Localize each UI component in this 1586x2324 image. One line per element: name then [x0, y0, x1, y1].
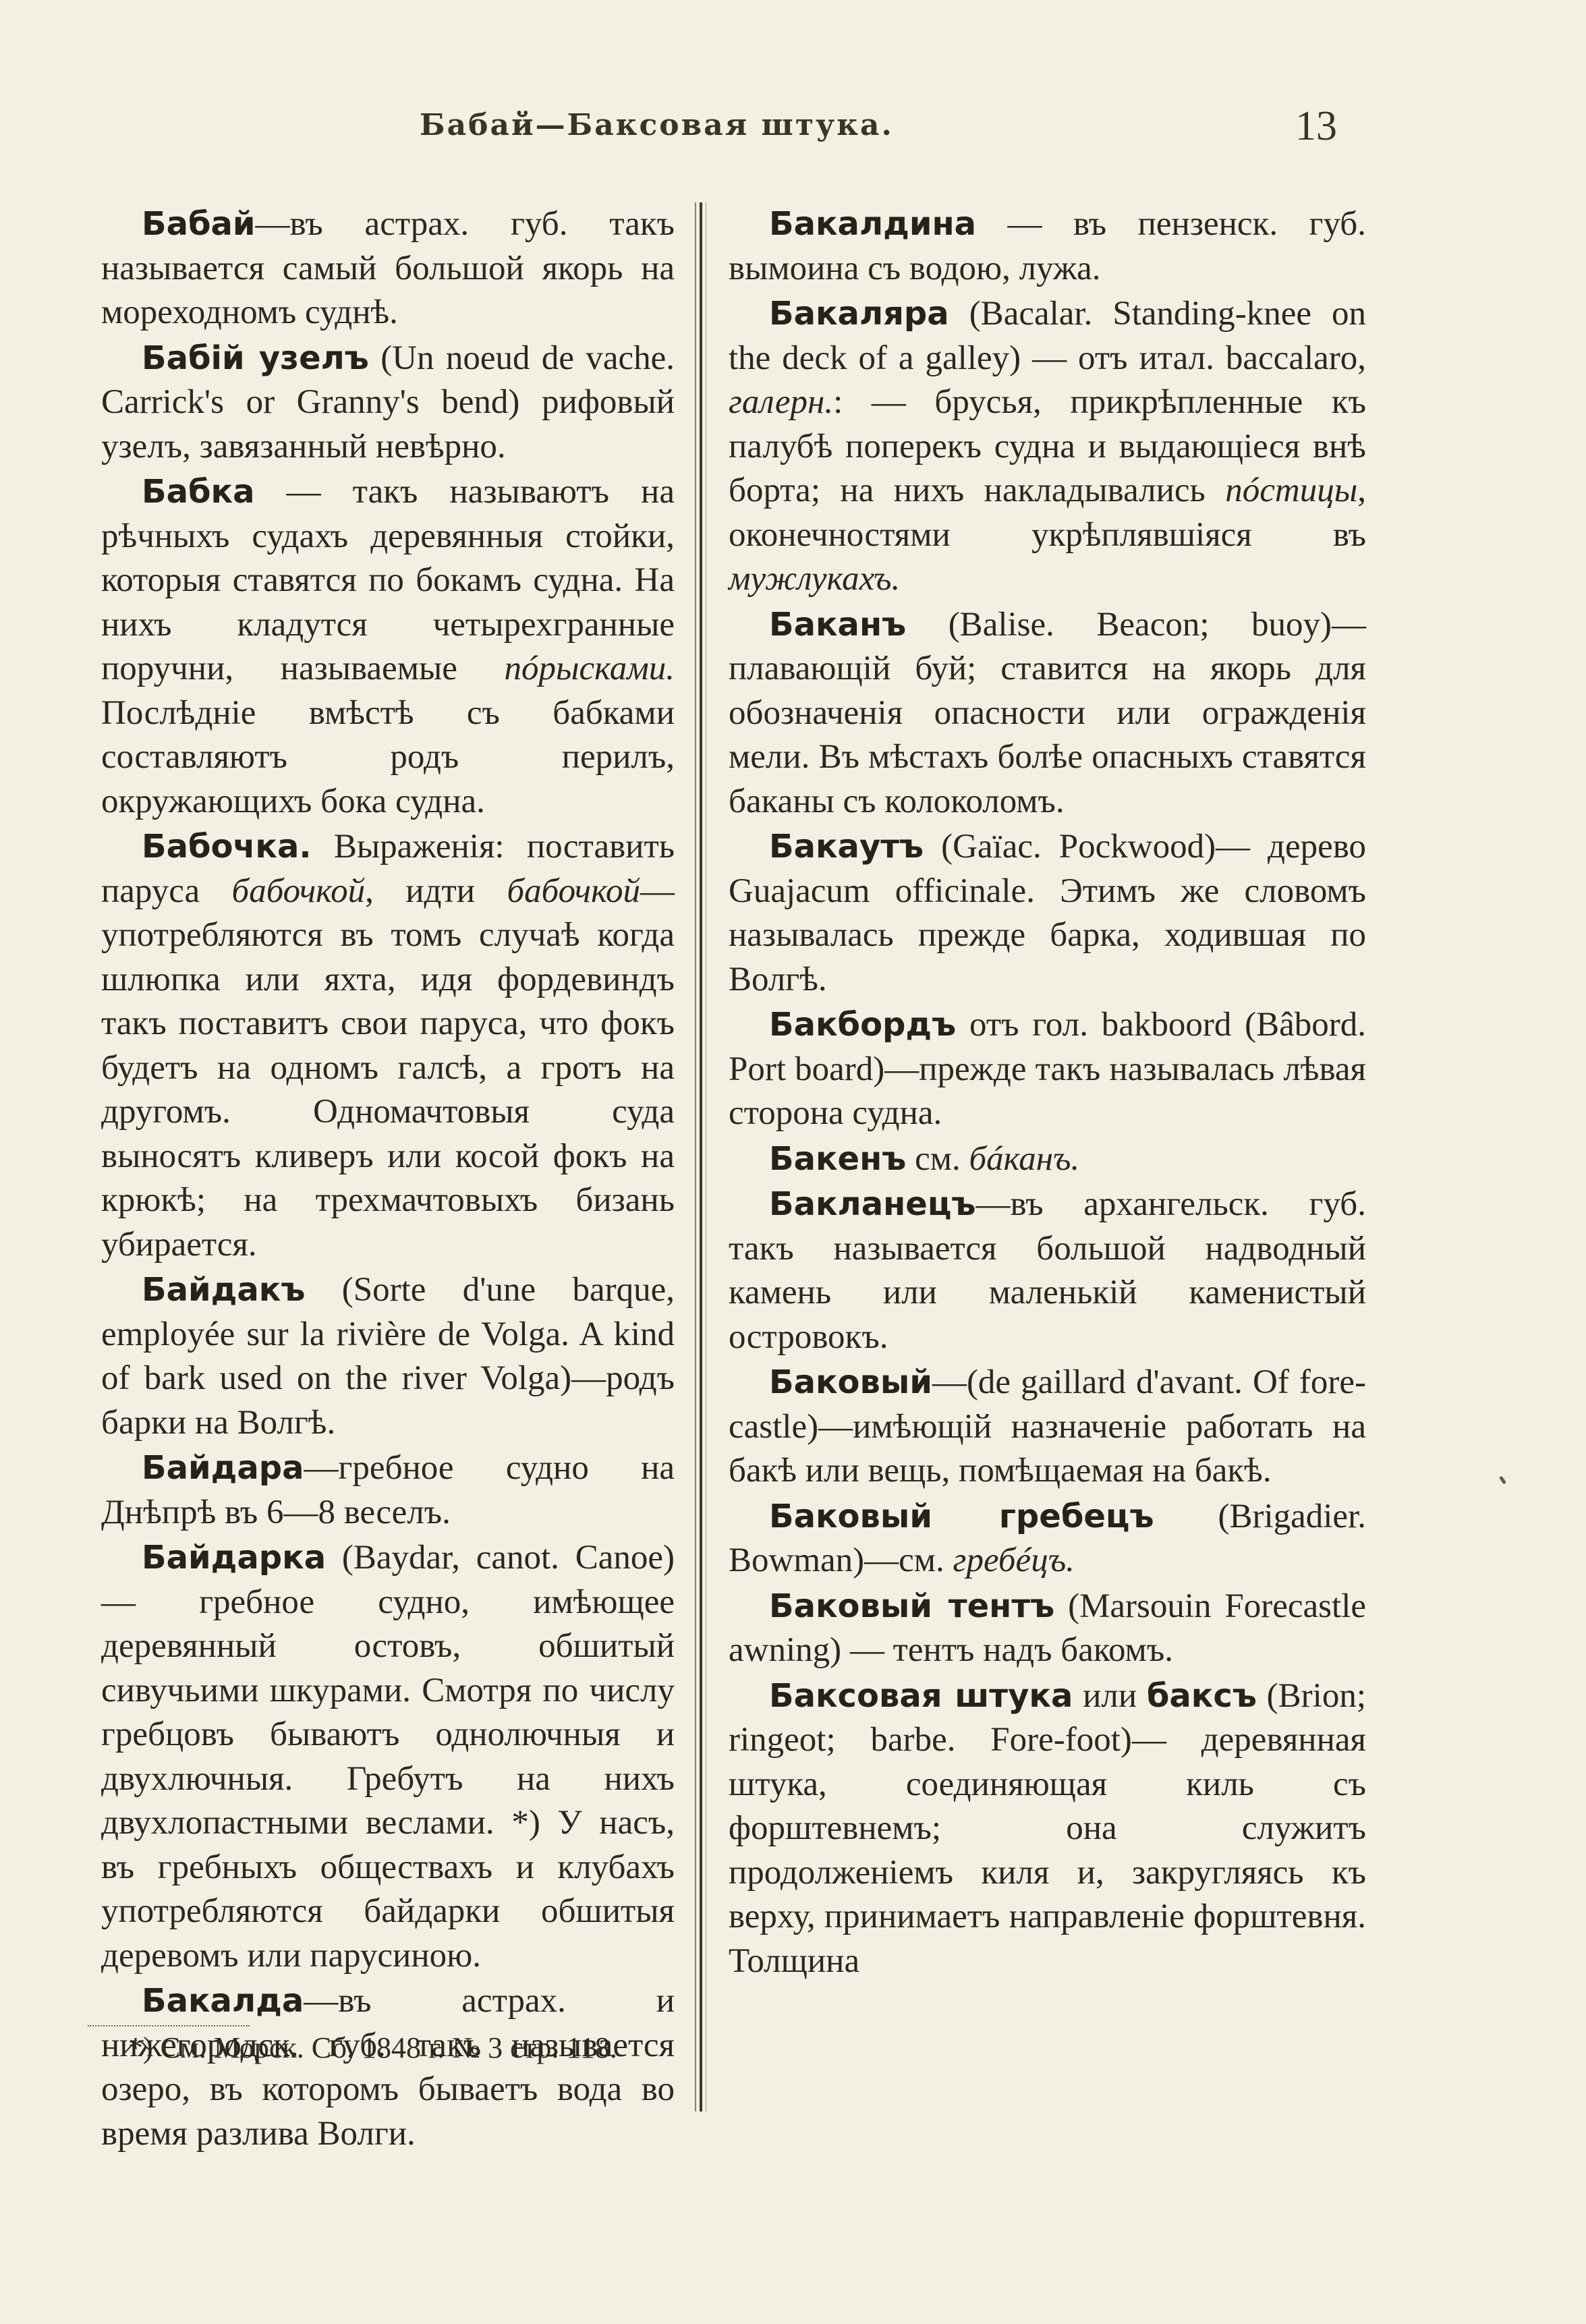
- entry-definition-cont: , идти: [365, 872, 507, 910]
- entry-baklanets: Бакланецъ—въ архангельск. губ. такъ назы…: [729, 1183, 1366, 1359]
- entry-headword: Бабочка.: [142, 828, 312, 866]
- entry-baidarka: Байдарка (Baydar, canot. Canoe) — гребно…: [101, 1536, 675, 1978]
- entry-bakbord: Бакбордъ отъ гол. bakboord (Bâbord. Port…: [729, 1003, 1366, 1136]
- footnote: *) См. Морск. Сб. 1848 г. № 3 стр. 118.: [128, 2031, 617, 2065]
- entry-italic-term: гребéцъ.: [953, 1541, 1075, 1579]
- entry-baksovaya-shtuka: Баксовая штука или баксъ (Brion; ringeot…: [729, 1674, 1366, 1984]
- entry-definition: или: [1073, 1677, 1147, 1715]
- entry-babka: Бабка — такъ называютъ на рѣчныхъ судахъ…: [101, 470, 675, 824]
- entry-definition: см.: [906, 1140, 969, 1178]
- entry-bakaut: Бакаутъ (Gaïac. Pockwood)— дерево Guajac…: [729, 825, 1366, 1002]
- entry-headword: Бакланецъ: [769, 1185, 975, 1223]
- column-divider-rule: [695, 202, 706, 2112]
- left-column: Бабай—въ астрах. губ. такъ называется са…: [101, 202, 675, 2157]
- entry-baken: Бакенъ см. бáканъ.: [729, 1137, 1366, 1182]
- entry-bakan: Баканъ (Balise. Beacon; buoy)— плавающій…: [729, 603, 1366, 824]
- entry-italic-term: мужлукахъ.: [729, 560, 900, 598]
- right-column: Бакалдина — въ пензенск. губ. вымоина съ…: [729, 202, 1366, 1985]
- entry-definition: (Baydar, canot. Canoe) — гребное судно, …: [101, 1539, 675, 1975]
- entry-bakovyi-tent: Баковый тентъ (Marsouin Forecastle awnin…: [729, 1585, 1366, 1673]
- entry-headword: Бакалда: [142, 1982, 304, 2020]
- entry-italic-term: бабочкой: [507, 872, 640, 910]
- entry-headword: Бакалдина: [769, 205, 976, 243]
- entry-headword-alt: баксъ: [1147, 1677, 1257, 1715]
- entry-headword: Байдара: [142, 1449, 304, 1487]
- footnote-rule: [88, 2025, 250, 2027]
- entry-headword: Бакаляра: [769, 295, 949, 333]
- entry-headword: Бакаутъ: [769, 828, 924, 866]
- running-head: Бабай—Баксовая штука.: [420, 108, 894, 142]
- entry-headword: Бакбордъ: [769, 1006, 956, 1044]
- entry-headword: Баксовая штука: [769, 1677, 1073, 1715]
- entry-babochka: Бабочка. Выраженія: поставить паруса баб…: [101, 825, 675, 1267]
- entry-definition-cont: Послѣдніе вмѣстѣ съ бабками составляютъ …: [101, 694, 675, 820]
- entry-italic-term: пóрысками.: [504, 650, 675, 687]
- entry-headword: Баковый гребецъ: [769, 1498, 1154, 1535]
- entry-babii-uzel: Бабій узелъ (Un noeud de vache. Carrick'…: [101, 337, 675, 470]
- entry-bakaldina: Бакалдина — въ пензенск. губ. вымоина съ…: [729, 202, 1366, 291]
- entry-italic-term: пóстицы: [1225, 472, 1357, 509]
- entry-headword: Бабка: [142, 473, 254, 511]
- entry-italic-term: бáканъ.: [969, 1140, 1080, 1178]
- entry-headword: Баковый: [769, 1363, 932, 1401]
- entry-bakovyi: Баковый—(de gaillard d'avant. Of fore-ca…: [729, 1361, 1366, 1494]
- entry-headword: Баканъ: [769, 606, 906, 644]
- entry-headword: Байдарка: [142, 1539, 326, 1577]
- entry-headword: Байдакъ: [142, 1271, 305, 1309]
- entry-bakalyara: Бакаляра (Bacalar. Standing-knee on the …: [729, 292, 1366, 602]
- entry-bakovyi-grebets: Баковый гребецъ (Brigadier. Bowman)—см. …: [729, 1495, 1366, 1583]
- entry-headword: Баковый тентъ: [769, 1587, 1054, 1625]
- entry-headword: Бабій узелъ: [142, 339, 369, 377]
- entry-definition-cont: (Brion; ringeot; barbe. Fore-foot)— дере…: [729, 1677, 1366, 1980]
- paper-speck: [1499, 1476, 1506, 1485]
- entry-baidara: Байдара—гребное судно на Днѣпрѣ въ 6—8 в…: [101, 1446, 675, 1535]
- entry-italic-term: бабочкой: [232, 872, 366, 910]
- entry-bakalda: Бакалда—въ астрах. и нижегородск. губ. т…: [101, 1979, 675, 2156]
- entry-definition-cont: —употребляются въ томъ случаѣ когда шлюп…: [101, 872, 675, 1264]
- entry-headword: Бакенъ: [769, 1140, 906, 1178]
- entry-headword: Бабай: [142, 205, 256, 243]
- entry-italic-term: галерн.: [729, 383, 833, 421]
- page-number: 13: [1295, 103, 1337, 150]
- entry-baidak: Байдакъ (Sorte d'une barque, employée su…: [101, 1268, 675, 1445]
- entry-babai: Бабай—въ астрах. губ. такъ называется са…: [101, 202, 675, 335]
